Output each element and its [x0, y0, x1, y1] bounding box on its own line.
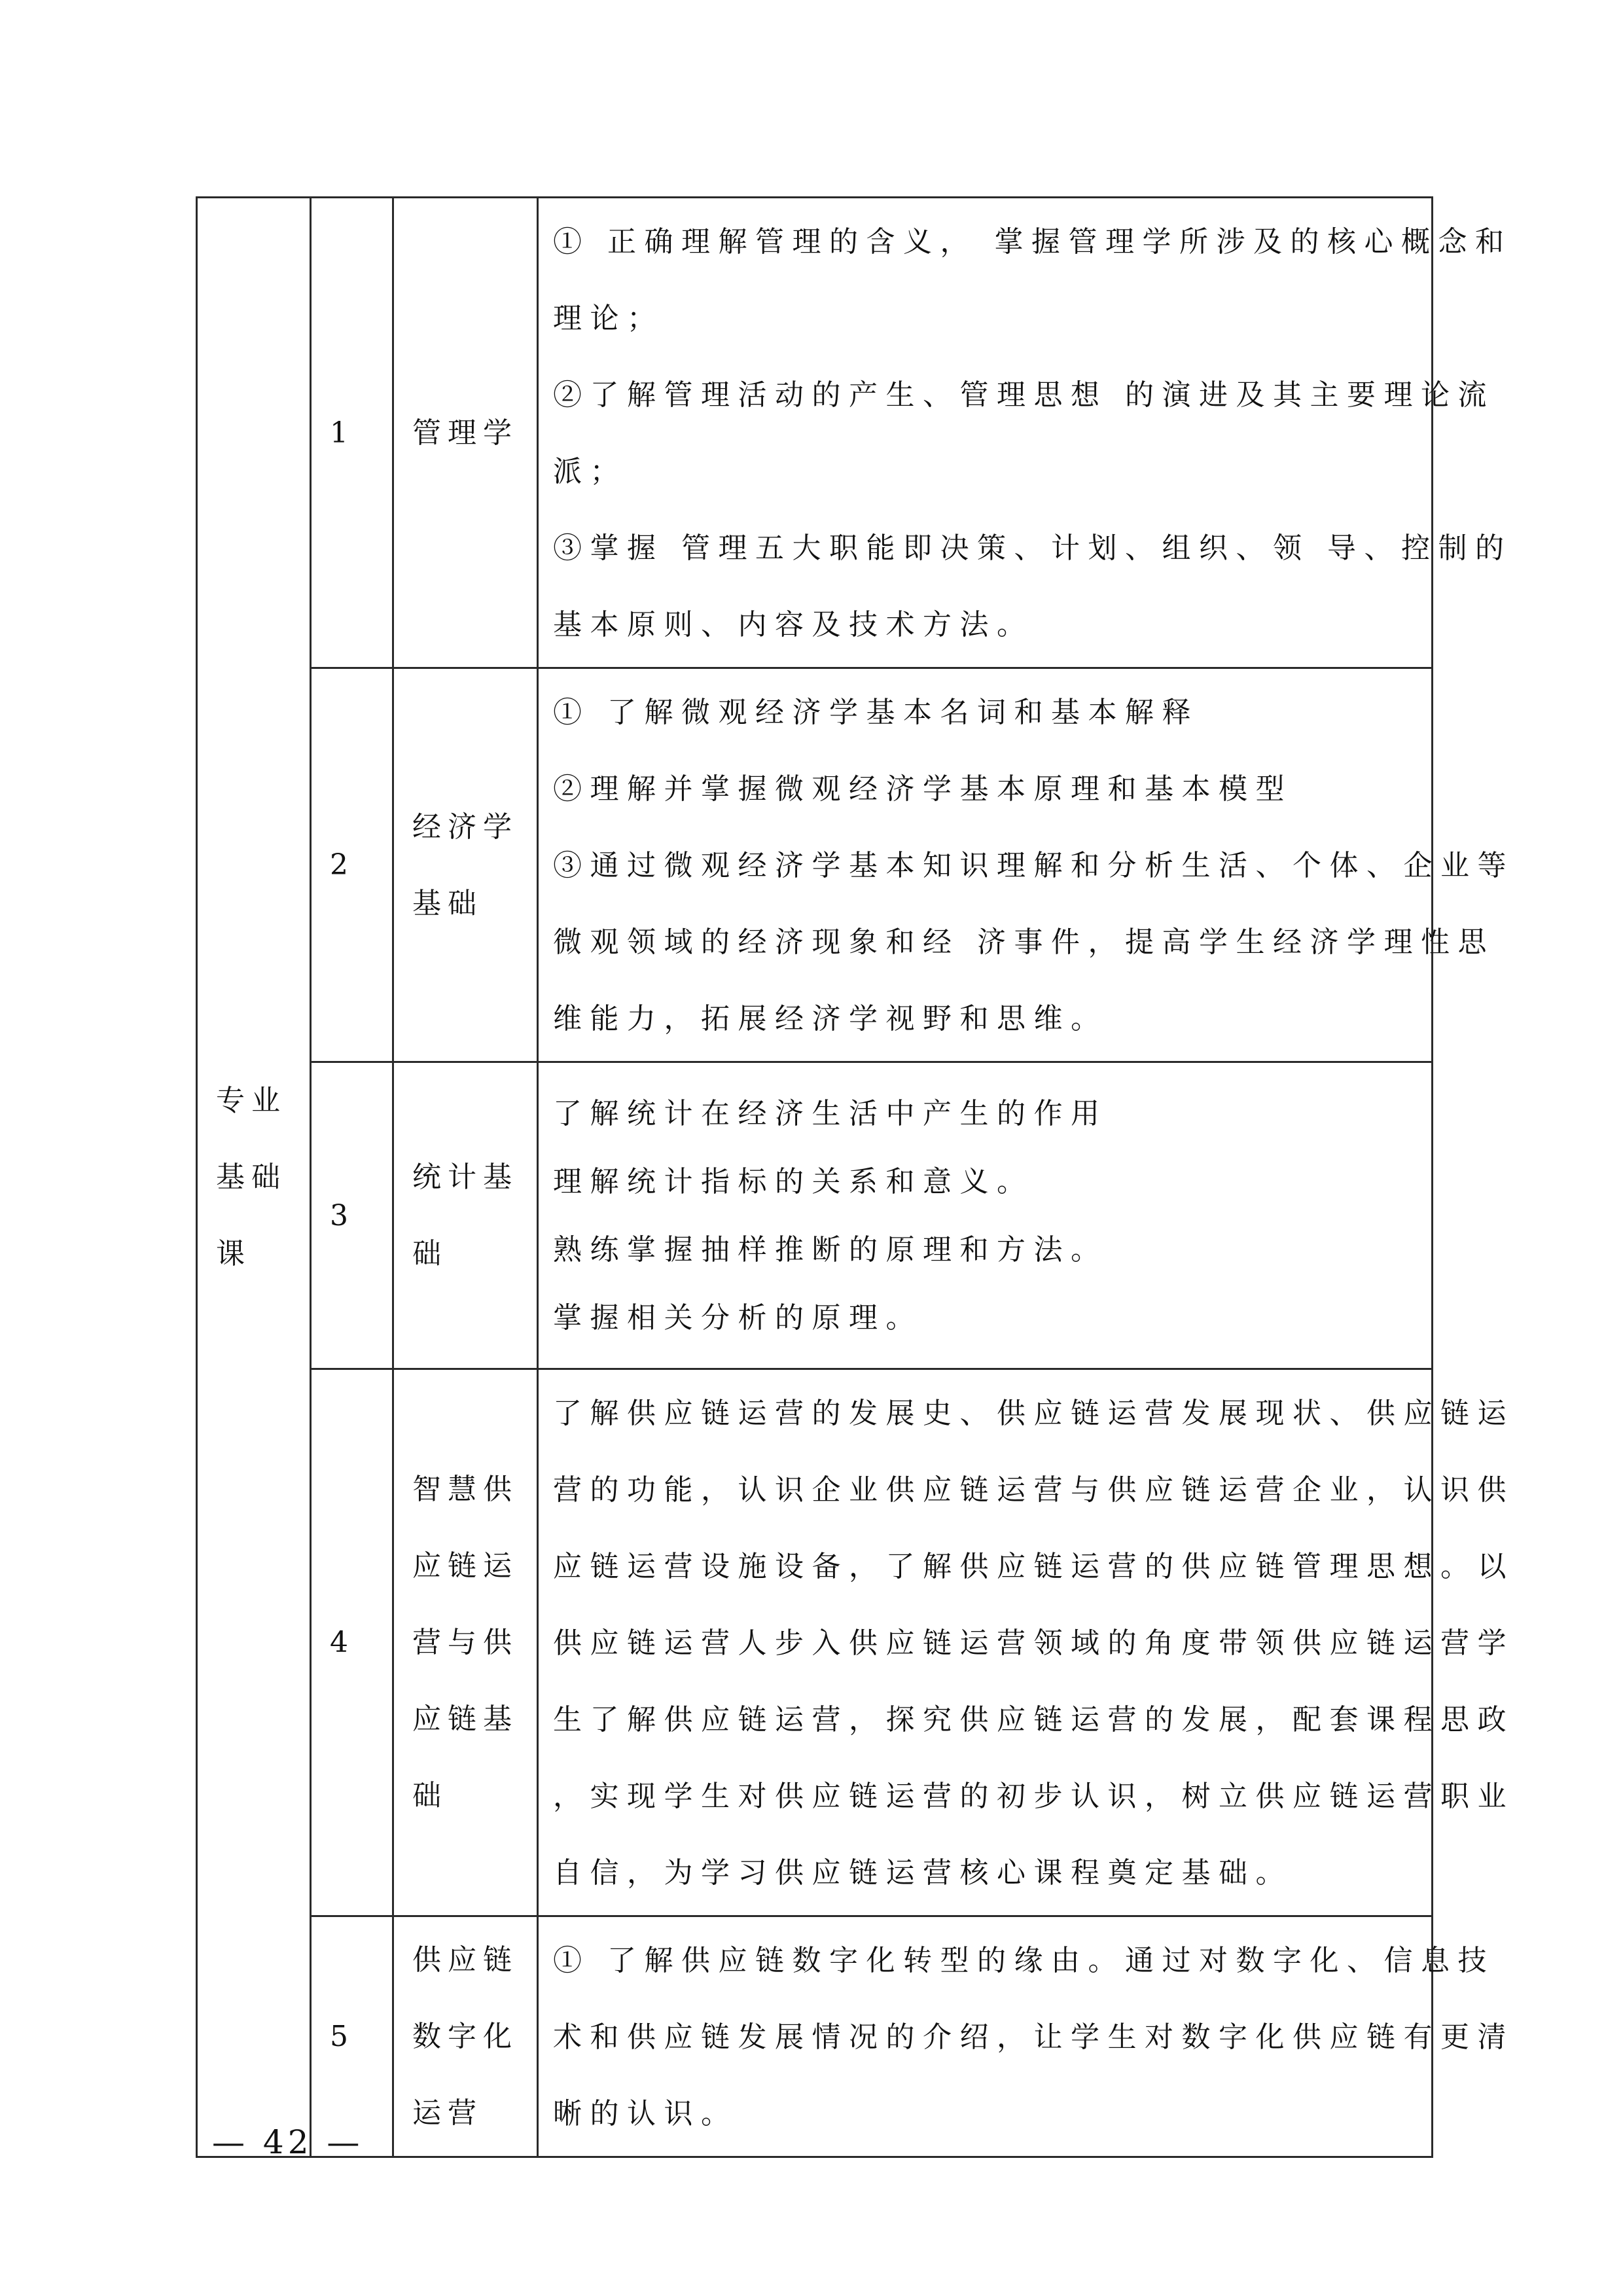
description-line: 自信，为学习供应链运营核心课程奠定基础。 — [553, 1835, 1418, 1911]
description-line: ① 了解微观经济学基本名词和基本解释 — [553, 674, 1418, 751]
description-line: 维能力，拓展经济学视野和思维。 — [553, 980, 1418, 1057]
course-name-line: 供应链 — [412, 1943, 518, 1977]
table-row: 专业 基础 课 1 管理学 ① 正确理解管理的含义， 掌握管理学所涉及的核心概念… — [197, 198, 1433, 668]
category-line: 基础 — [216, 1160, 287, 1194]
course-name-line: 统计基 — [412, 1160, 518, 1194]
description-line: 营的功能，认识企业供应链运营与供应链运营企业，认识供 — [553, 1452, 1418, 1528]
page-number: — 42 — — [212, 2123, 363, 2161]
description-line: 掌握相关分析的原理。 — [553, 1284, 1418, 1352]
category-cell: 专业 基础 课 — [197, 198, 311, 2157]
category-line: 课 — [216, 1237, 251, 1270]
table-row: 5 供应链 数字化 运营 ① 了解供应链数字化转型的缘由。通过对数字化、信息技 … — [197, 1916, 1433, 2157]
description-line: 微观领域的经济现象和经 济事件，提高学生经济学理性思 — [553, 904, 1418, 980]
course-description: ① 正确理解管理的含义， 掌握管理学所涉及的核心概念和 理论； ②了解管理活动的… — [538, 198, 1433, 668]
row-number: 4 — [311, 1369, 393, 1916]
course-name-line: 经济学 — [412, 810, 518, 844]
course-name-line: 基础 — [412, 887, 483, 920]
course-name: 经济学 基础 — [393, 668, 538, 1062]
course-name-line: 管理学 — [412, 416, 518, 450]
course-name-line: 础 — [412, 1779, 448, 1812]
curriculum-table: 专业 基础 课 1 管理学 ① 正确理解管理的含义， 掌握管理学所涉及的核心概念… — [196, 196, 1433, 2158]
course-name: 管理学 — [393, 198, 538, 668]
course-description: 了解供应链运营的发展史、供应链运营发展现状、供应链运 营的功能，认识企业供应链运… — [538, 1369, 1433, 1916]
description-line: ②了解管理活动的产生、管理思想 的演进及其主要理论流 — [553, 357, 1418, 433]
course-name: 统计基 础 — [393, 1062, 538, 1369]
description-line: 理论； — [553, 280, 1418, 357]
description-line: 熟练掌握抽样推断的原理和方法。 — [553, 1216, 1418, 1284]
description-line: ③掌握 管理五大职能即决策、计划、组织、领 导、控制的 — [553, 510, 1418, 586]
description-line: 生了解供应链运营，探究供应链运营的发展，配套课程思政 — [553, 1681, 1418, 1758]
course-description: ① 了解微观经济学基本名词和基本解释 ②理解并掌握微观经济学基本原理和基本模型 … — [538, 668, 1433, 1062]
table-row: 4 智慧供 应链运 营与供 应链基 础 了解供应链运营的发展史、供应链运营发展现… — [197, 1369, 1433, 1916]
table-row: 2 经济学 基础 ① 了解微观经济学基本名词和基本解释 ②理解并掌握微观经济学基… — [197, 668, 1433, 1062]
description-line: 基本原则、内容及技术方法。 — [553, 586, 1418, 663]
row-number: 5 — [311, 1916, 393, 2157]
table-row: 3 统计基 础 了解统计在经济生活中产生的作用 理解统计指标的关系和意义。 熟练… — [197, 1062, 1433, 1369]
description-line: 理解统计指标的关系和意义。 — [553, 1148, 1418, 1216]
description-line: 供应链运营人步入供应链运营领域的角度带领供应链运营学 — [553, 1605, 1418, 1681]
description-line: ②理解并掌握微观经济学基本原理和基本模型 — [553, 751, 1418, 827]
row-number: 3 — [311, 1062, 393, 1369]
course-name-line: 数字化 — [412, 2020, 518, 2053]
description-line: 了解统计在经济生活中产生的作用 — [553, 1080, 1418, 1148]
description-line: 派； — [553, 433, 1418, 510]
description-line: ① 正确理解管理的含义， 掌握管理学所涉及的核心概念和 — [553, 204, 1418, 280]
description-line: 晰的认识。 — [553, 2075, 1418, 2152]
description-line: ① 了解供应链数字化转型的缘由。通过对数字化、信息技 — [553, 1922, 1418, 1999]
course-description: ① 了解供应链数字化转型的缘由。通过对数字化、信息技 术和供应链发展情况的介绍，… — [538, 1916, 1433, 2157]
course-name-line: 础 — [412, 1237, 448, 1270]
description-line: ③通过微观经济学基本知识理解和分析生活、个体、企业等 — [553, 827, 1418, 904]
course-name-line: 智慧供 — [412, 1473, 518, 1506]
row-number: 2 — [311, 668, 393, 1062]
course-name: 智慧供 应链运 营与供 应链基 础 — [393, 1369, 538, 1916]
course-description: 了解统计在经济生活中产生的作用 理解统计指标的关系和意义。 熟练掌握抽样推断的原… — [538, 1062, 1433, 1369]
description-line: 术和供应链发展情况的介绍，让学生对数字化供应链有更清 — [553, 1999, 1418, 2075]
description-line: 了解供应链运营的发展史、供应链运营发展现状、供应链运 — [553, 1375, 1418, 1452]
row-number: 1 — [311, 198, 393, 668]
category-line: 专业 — [216, 1084, 287, 1117]
document-page: 专业 基础 课 1 管理学 ① 正确理解管理的含义， 掌握管理学所涉及的核心概念… — [0, 0, 1623, 2296]
description-line: ，实现学生对供应链运营的初步认识，树立供应链运营职业 — [553, 1758, 1418, 1835]
course-name-line: 应链基 — [412, 1702, 518, 1736]
course-name-line: 应链运 — [412, 1549, 518, 1583]
course-name: 供应链 数字化 运营 — [393, 1916, 538, 2157]
course-name-line: 运营 — [412, 2096, 483, 2130]
description-line: 应链运营设施设备，了解供应链运营的供应链管理思想。以 — [553, 1528, 1418, 1605]
course-name-line: 营与供 — [412, 1626, 518, 1659]
